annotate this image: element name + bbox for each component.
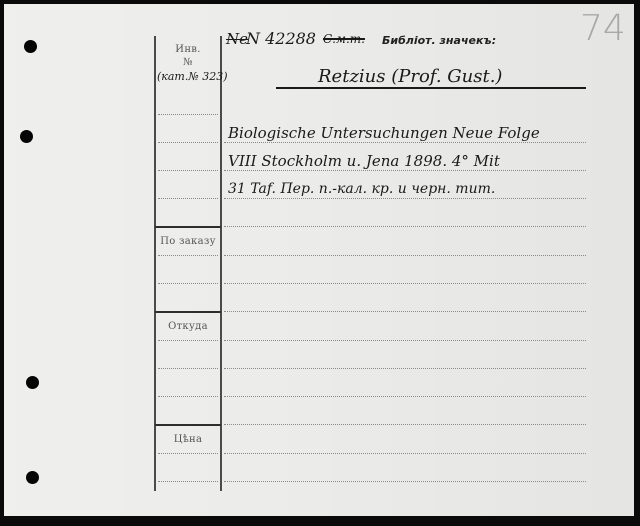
- ruled-line: [224, 142, 586, 143]
- ruled-line: [224, 255, 586, 256]
- ruled-line: [158, 481, 218, 482]
- ruled-line: [224, 311, 586, 312]
- ruled-line: [224, 453, 586, 454]
- ruled-line: [224, 481, 586, 482]
- section-label-source: Откуда: [156, 321, 220, 332]
- inventory-note: (кат.№ 323): [157, 70, 228, 83]
- ruled-line: [158, 340, 218, 341]
- section-divider: [155, 424, 221, 426]
- ruled-line: [224, 340, 586, 341]
- ruled-line: [158, 453, 218, 454]
- title-line-2: VIII Stockholm u. Jena 1898. 4° Mit: [228, 152, 500, 170]
- author-underline: [276, 87, 586, 89]
- ruled-line: [224, 198, 586, 199]
- inventory-number: N 42288: [246, 29, 316, 48]
- title-line-1: Biologische Untersuchungen Neue Folge: [228, 124, 540, 142]
- ruled-line: [158, 170, 218, 171]
- left-column-border: [154, 36, 156, 491]
- section-divider: [155, 226, 221, 228]
- struck-mark: С.м.т.: [323, 32, 365, 46]
- number-sign-label: №: [156, 57, 220, 68]
- punch-hole: [26, 471, 39, 484]
- ruled-line: [224, 226, 586, 227]
- library-mark-label: Библiот. значекъ:: [382, 34, 496, 47]
- title-line-3: 31 Taf. Пер. п.-кал. кр. и черн. тит.: [228, 181, 495, 197]
- inventory-entry-prefix: Ne: [226, 30, 248, 48]
- punch-hole: [26, 376, 39, 389]
- ruled-line: [224, 170, 586, 171]
- ruled-line: [224, 424, 586, 425]
- punch-hole: [24, 40, 37, 53]
- section-divider: [155, 311, 221, 313]
- ruled-line: [224, 368, 586, 369]
- ruled-line: [224, 396, 586, 397]
- section-label-price: Цѣна: [156, 434, 220, 445]
- punch-hole: [20, 130, 33, 143]
- inventory-label: Инв.: [156, 44, 220, 55]
- ruled-line: [158, 368, 218, 369]
- pencil-shelf-mark: 74: [580, 8, 626, 49]
- ruled-line: [158, 114, 218, 115]
- author-name: Retzius (Prof. Gust.): [318, 66, 502, 87]
- ruled-line: [158, 283, 218, 284]
- ruled-line: [158, 142, 218, 143]
- section-label-order: По заказу: [156, 236, 220, 247]
- ruled-line: [158, 396, 218, 397]
- ruled-line: [224, 283, 586, 284]
- ruled-line: [158, 255, 218, 256]
- column-divider: [220, 36, 222, 491]
- ruled-line: [158, 198, 218, 199]
